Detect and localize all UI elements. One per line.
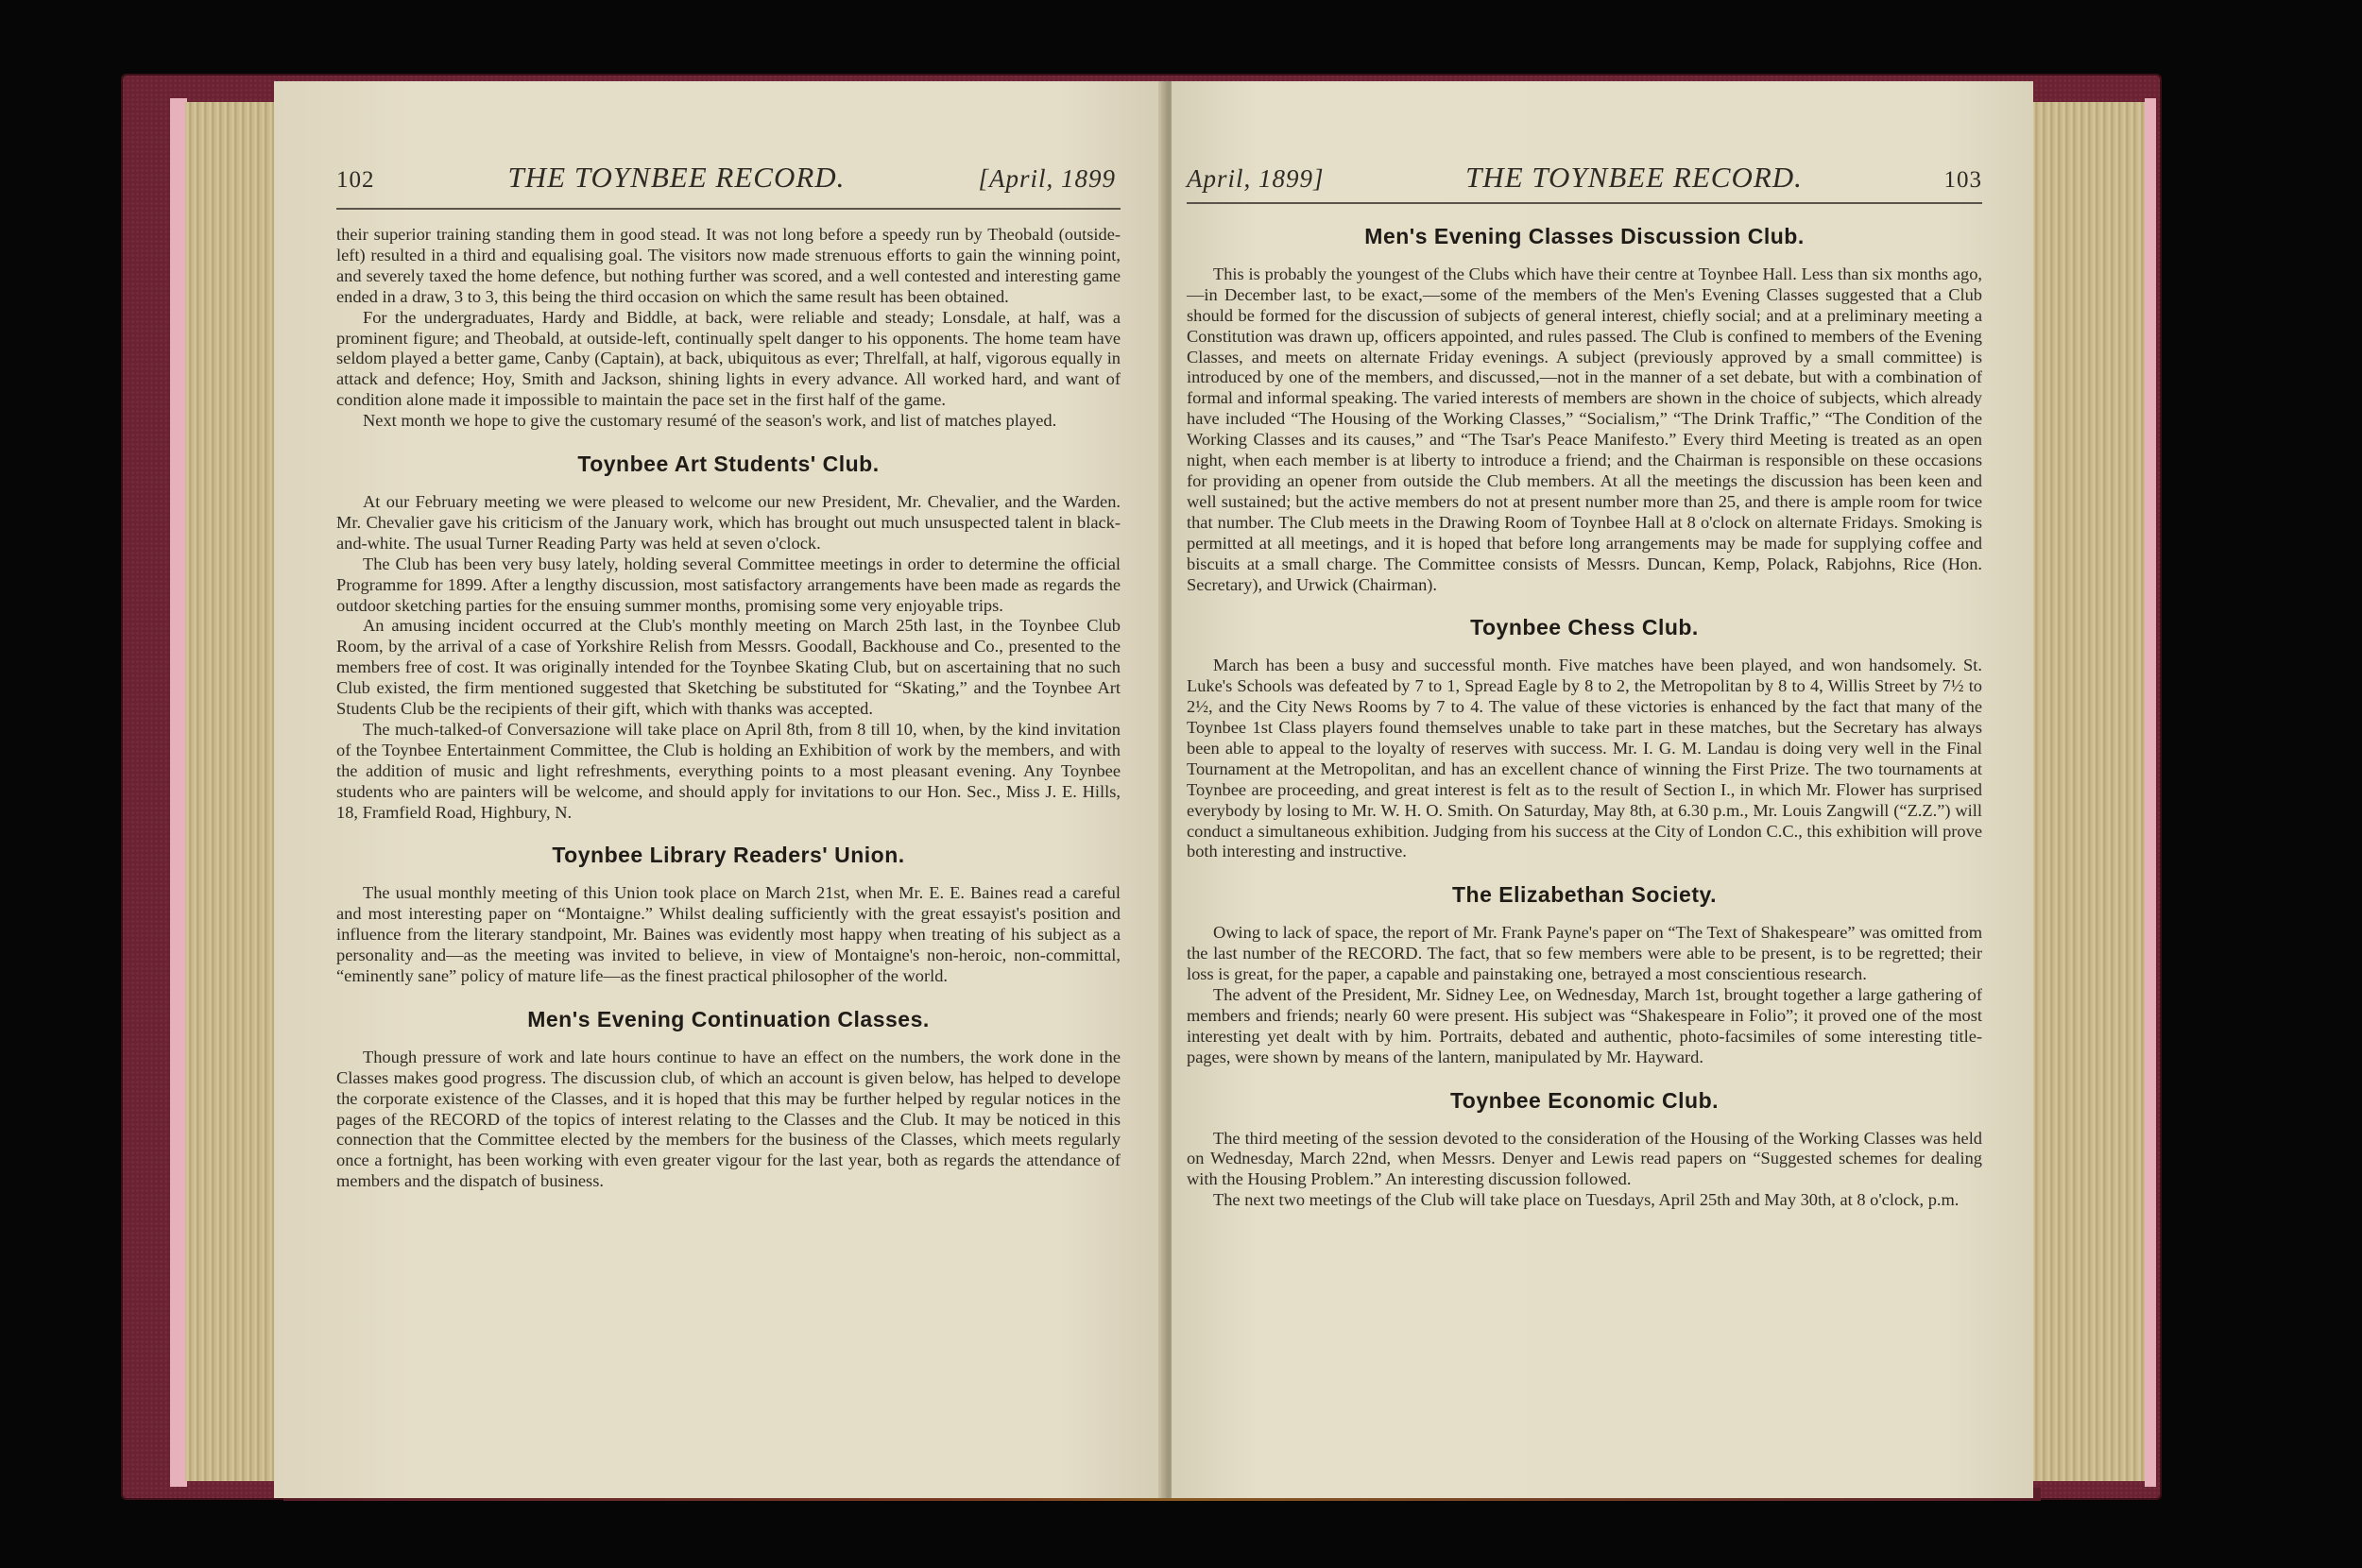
paragraph: At our February meeting we were pleased …	[336, 492, 1121, 554]
page-number: 103	[1943, 167, 1982, 194]
left-column: their superior training standing them in…	[336, 225, 1121, 1192]
running-title: THE TOYNBEE RECORD.	[1465, 161, 1803, 195]
right-page: April, 1899] THE TOYNBEE RECORD. 103 Men…	[1172, 81, 2033, 1498]
issue-date: [April, 1899	[978, 164, 1116, 194]
right-column: Men's Evening Classes Discussion Club. T…	[1187, 204, 1982, 1211]
paragraph: The Club has been very busy lately, hold…	[336, 554, 1121, 617]
paragraph: For the undergraduates, Hardy and Biddle…	[336, 308, 1121, 412]
left-page: 102 THE TOYNBEE RECORD. [April, 1899 the…	[274, 81, 1167, 1498]
paragraph: their superior training standing them in…	[336, 225, 1121, 308]
section-title-economic-club: Toynbee Economic Club.	[1187, 1091, 1982, 1112]
section-title-elizabethan-society: The Elizabethan Society.	[1187, 885, 1982, 906]
paragraph: The much-talked-of Conversazione will ta…	[336, 720, 1121, 824]
paragraph: This is probably the youngest of the Clu…	[1187, 264, 1982, 596]
section-title-evening-classes: Men's Evening Continuation Classes.	[336, 1010, 1121, 1031]
issue-date: April, 1899]	[1187, 164, 1325, 194]
section-title-chess-club: Toynbee Chess Club.	[1187, 618, 1982, 639]
right-page-edges	[2031, 102, 2145, 1481]
section-title-library-readers: Toynbee Library Readers' Union.	[336, 845, 1121, 866]
left-page-edges	[185, 102, 276, 1481]
paragraph: Next month we hope to give the customary…	[336, 411, 1121, 432]
paragraph: March has been a busy and successful mon…	[1187, 656, 1982, 862]
right-endpaper-edge	[2145, 98, 2156, 1487]
paragraph: The third meeting of the session devoted…	[1187, 1129, 1982, 1191]
right-running-head: April, 1899] THE TOYNBEE RECORD. 103	[1187, 161, 1982, 195]
paragraph: An amusing incident occurred at the Club…	[336, 616, 1121, 720]
left-running-head: 102 THE TOYNBEE RECORD. [April, 1899	[336, 161, 1116, 195]
paragraph: Owing to lack of space, the report of Mr…	[1187, 923, 1982, 985]
paragraph: The advent of the President, Mr. Sidney …	[1187, 985, 1982, 1068]
paragraph: The next two meetings of the Club will t…	[1187, 1190, 1982, 1211]
paragraph: The usual monthly meeting of this Union …	[336, 883, 1121, 987]
section-title-discussion-club: Men's Evening Classes Discussion Club.	[1187, 227, 1982, 247]
section-title-art-students: Toynbee Art Students' Club.	[336, 454, 1121, 475]
page-number: 102	[336, 167, 375, 194]
paragraph: Though pressure of work and late hours c…	[336, 1048, 1121, 1192]
running-title: THE TOYNBEE RECORD.	[508, 161, 846, 195]
header-rule	[336, 208, 1121, 210]
